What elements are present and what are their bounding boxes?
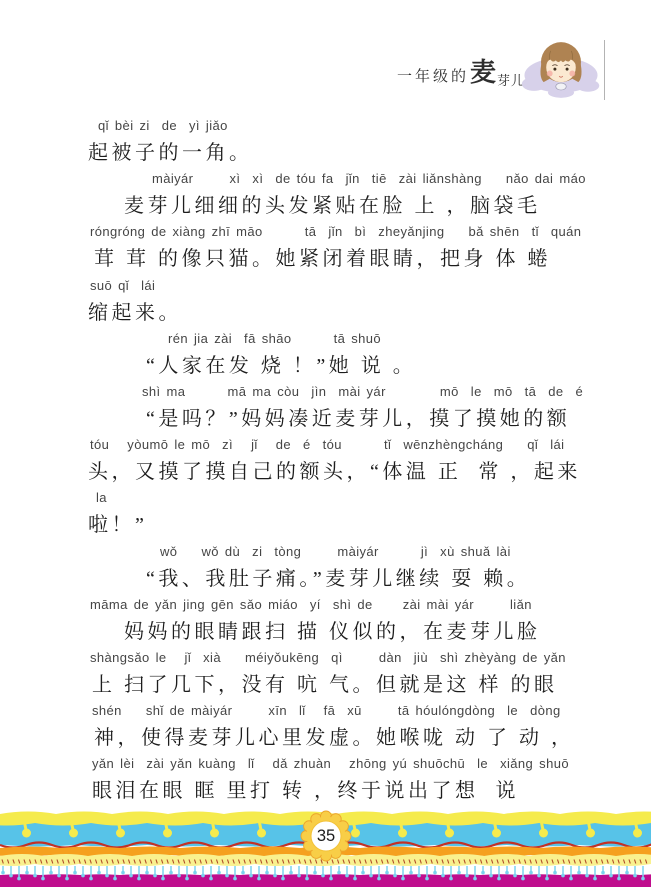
pinyin-line: la — [88, 490, 608, 507]
hanzi-line: 起被子的一角。 — [88, 138, 608, 168]
girl-blush-right — [569, 71, 575, 77]
book-page: 一年级的麦芽儿 qǐ bèi zi de yì jiǎ — [0, 0, 651, 887]
page-number-badge: 35 — [306, 824, 346, 848]
story-text: qǐ bèi zi de yì jiǎo 起被子的一角。 màiyár xì x… — [88, 118, 608, 809]
hanzi-line: 头，又摸了摸自己的额头，“体温 正 常 ，起来 — [88, 457, 608, 487]
text-line: rén jia zài fā shāo tā shuō “人家在发 烧 ！”她 … — [88, 331, 608, 384]
text-line: róngróng de xiàng zhī māo tā jǐn bì zhey… — [88, 224, 608, 277]
pinyin-line: māma de yǎn jing gēn sǎo miáo yí shì de … — [88, 597, 608, 614]
hanzi-line: “是吗？”妈妈凑近麦芽儿，摸了摸她的额 — [88, 404, 608, 434]
text-line: tóu yòumō le mō zì jǐ de é tóu tǐ wēnzhè… — [88, 437, 608, 490]
hanzi-line: 妈妈的眼睛跟扫 描 仪似的，在麦芽儿脸 — [88, 617, 608, 647]
pinyin-line: màiyár xì xì de tóu fa jǐn tiē zài liǎns… — [88, 171, 608, 188]
text-line: yǎn lèi zài yǎn kuàng lǐ dǎ zhuàn zhōng … — [88, 756, 608, 809]
hanzi-line: 啦！” — [88, 510, 608, 540]
pinyin-line: wǒ wǒ dù zi tòng màiyár jì xù shuǎ lài — [88, 544, 608, 561]
text-line: shàngsǎo le jǐ xià méiyǒukēng qì dàn jiù… — [88, 650, 608, 703]
hanzi-line: 缩起来。 — [88, 298, 608, 328]
text-line: màiyár xì xì de tóu fa jǐn tiē zài liǎns… — [88, 171, 608, 224]
text-line: qǐ bèi zi de yì jiǎo 起被子的一角。 — [88, 118, 608, 171]
girl-eye-right — [566, 68, 569, 71]
hanzi-line: 茸 茸 的像只猫。她紧闭着眼睛，把身 体 蜷 — [88, 244, 608, 274]
girl-mascot-illustration — [521, 36, 601, 104]
text-line: la 啦！” — [88, 490, 608, 543]
text-line: shén shǐ de màiyár xīn lǐ fā xū tā hóuló… — [88, 703, 608, 756]
book-title-main: 麦 — [470, 58, 496, 87]
pinyin-line: rén jia zài fā shāo tā shuō — [88, 331, 608, 348]
pinyin-line: shàngsǎo le jǐ xià méiyǒukēng qì dàn jiù… — [88, 650, 608, 667]
hanzi-line: 神，使得麦芽儿心里发虚。她喉咙 动 了 动 ， — [88, 723, 608, 753]
book-title-prefix: 一年级的 — [397, 69, 469, 85]
header-divider — [604, 40, 605, 100]
hanzi-line: 眼泪在眼 眶 里打 转 ，终于说出了想 说 — [88, 776, 608, 806]
hanzi-line: “人家在发 烧 ！”她 说 。 — [88, 351, 608, 381]
girl-blush-left — [547, 71, 553, 77]
pinyin-line: yǎn lèi zài yǎn kuàng lǐ dǎ zhuàn zhōng … — [88, 756, 608, 773]
text-line: wǒ wǒ dù zi tòng màiyár jì xù shuǎ lài “… — [88, 544, 608, 597]
pinyin-line: suō qǐ lái — [88, 278, 608, 295]
page-number: 35 — [317, 827, 335, 845]
pinyin-line: tóu yòumō le mō zì jǐ de é tóu tǐ wēnzhè… — [88, 437, 608, 454]
hanzi-line: 上 扫了几下，没有 吭 气。但就是这 样 的眼 — [88, 670, 608, 700]
pinyin-line: shén shǐ de màiyár xīn lǐ fā xū tā hóuló… — [88, 703, 608, 720]
pinyin-line: qǐ bèi zi de yì jiǎo — [88, 118, 608, 135]
girl-eye-left — [553, 68, 556, 71]
pinyin-line: shì ma mā ma còu jìn mài yár mō le mō tā… — [88, 384, 608, 401]
book-title: 一年级的麦芽儿 — [397, 52, 525, 89]
hanzi-line: 麦芽儿细细的头发紧贴在脸 上 ，脑袋毛 — [88, 191, 608, 221]
hanzi-line: “我、我肚子痛。”麦芽儿继续 耍 赖。 — [88, 564, 608, 594]
text-line: suō qǐ lái 缩起来。 — [88, 278, 608, 331]
text-line: shì ma mā ma còu jìn mài yár mō le mō tā… — [88, 384, 608, 437]
text-line: māma de yǎn jing gēn sǎo miáo yí shì de … — [88, 597, 608, 650]
girl-collar — [556, 83, 566, 90]
page-header: 一年级的麦芽儿 — [393, 38, 605, 102]
page-footer: 35 — [0, 807, 651, 887]
pinyin-line: róngróng de xiàng zhī māo tā jǐn bì zhey… — [88, 224, 608, 241]
